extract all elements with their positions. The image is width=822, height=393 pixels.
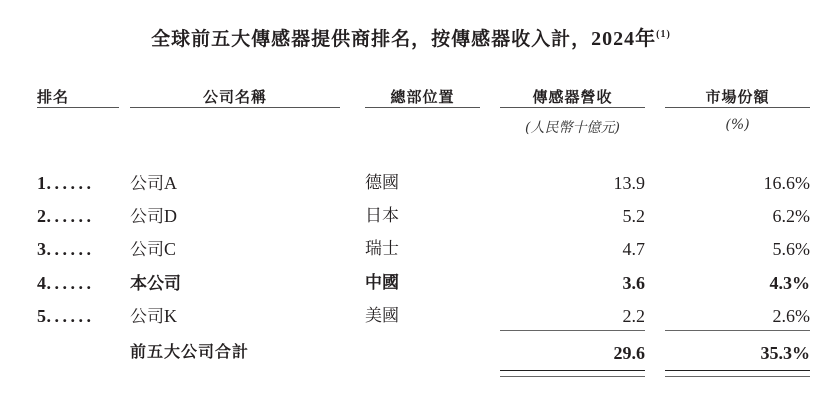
revenue-cell: 5.2 [500, 204, 645, 228]
company-letter: A [164, 173, 177, 193]
company-name: 本公司 [130, 274, 181, 294]
company-name: 公司 [130, 207, 164, 227]
leader-dots: ...... [47, 306, 95, 326]
company-letter: D [164, 206, 177, 226]
title-footnote: (1) [656, 29, 671, 40]
revenue-cell: 13.9 [500, 171, 645, 195]
hq-cell: 德國 [365, 171, 480, 195]
leader-dots: ...... [47, 173, 95, 193]
table-title: 全球前五大傳感器提供商排名，按傳感器收入計，2024年(1) [0, 22, 822, 51]
company-letter: K [164, 306, 177, 326]
company-name: 公司 [130, 240, 164, 260]
header-share: 市場份額 [665, 86, 810, 108]
header-rank: 排名 [37, 86, 119, 108]
double-rule-revenue-top [500, 370, 645, 371]
rank-number: 4 [37, 273, 47, 293]
subtotal-rule-revenue [500, 330, 645, 331]
rank-number: 5 [37, 306, 47, 326]
rank-cell: 3...... [37, 237, 95, 261]
title-year: 2024年 [591, 28, 656, 50]
rank-cell: 4...... [37, 271, 95, 295]
unit-revenue: (人民幣十億元) [500, 117, 645, 137]
subtotal-rule-share [665, 330, 810, 331]
company-cell: 公司D [130, 204, 177, 228]
company-letter: C [164, 239, 176, 259]
share-cell: 16.6% [665, 171, 810, 195]
company-cell: 公司A [130, 171, 177, 195]
hq-cell: 美國 [365, 304, 480, 328]
rank-number: 1 [37, 173, 47, 193]
rank-cell: 1...... [37, 171, 95, 195]
total-share: 35.3% [665, 341, 810, 365]
revenue-cell: 2.2 [500, 304, 645, 328]
total-label: 前五大公司合計 [130, 340, 249, 364]
revenue-cell: 4.7 [500, 237, 645, 261]
rank-number: 2 [37, 206, 47, 226]
total-revenue: 29.6 [500, 341, 645, 365]
company-name: 公司 [130, 307, 164, 327]
share-cell: 4.3% [665, 271, 810, 295]
company-cell: 本公司 [130, 271, 181, 295]
rank-cell: 5...... [37, 304, 95, 328]
double-rule-revenue-bottom [500, 376, 645, 377]
header-revenue: 傳感器營收 [500, 86, 645, 108]
leader-dots: ...... [47, 273, 95, 293]
leader-dots: ...... [47, 206, 95, 226]
company-cell: 公司K [130, 304, 177, 328]
title-text: 全球前五大傳感器提供商排名，按傳感器收入計， [151, 28, 591, 50]
company-cell: 公司C [130, 237, 176, 261]
hq-cell: 日本 [365, 204, 480, 228]
double-rule-share-top [665, 370, 810, 371]
rank-number: 3 [37, 239, 47, 259]
share-cell: 2.6% [665, 304, 810, 328]
rank-cell: 2...... [37, 204, 95, 228]
company-name: 公司 [130, 174, 164, 194]
share-cell: 5.6% [665, 237, 810, 261]
revenue-cell: 3.6 [500, 271, 645, 295]
header-company: 公司名稱 [130, 86, 340, 108]
header-hq: 總部位置 [365, 86, 480, 108]
leader-dots: ...... [47, 239, 95, 259]
share-cell: 6.2% [665, 204, 810, 228]
unit-share: (%) [665, 117, 810, 133]
double-rule-share-bottom [665, 376, 810, 377]
hq-cell: 瑞士 [365, 237, 480, 261]
hq-cell: 中國 [365, 271, 480, 295]
